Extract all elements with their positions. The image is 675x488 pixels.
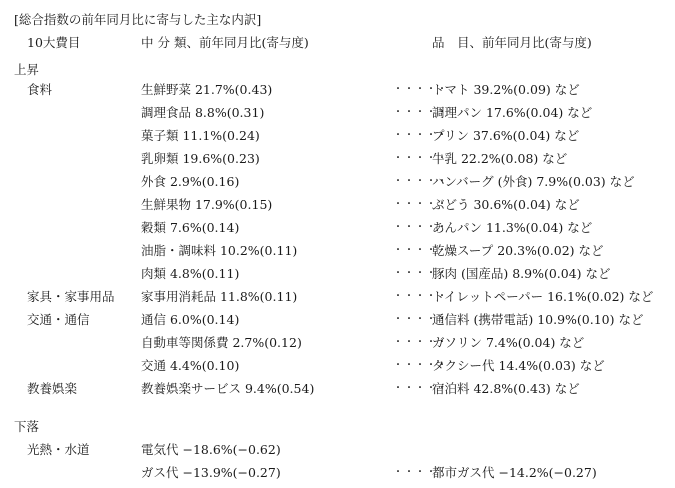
- middle-cell: 通信 6.0%(0.14): [141, 312, 239, 328]
- middle-cell: ガス代 −13.9%(−0.27): [141, 465, 281, 481]
- item-cell: 調理パン 17.6%(0.04) など: [432, 105, 592, 121]
- item-cell: トイレットペーパー 16.1%(0.02) など: [432, 289, 653, 305]
- middle-cell: 教養娯楽サービス 9.4%(0.54): [141, 381, 314, 397]
- middle-cell: 電気代 −18.6%(−0.62): [141, 442, 281, 458]
- middle-cell: 乳卵類 19.6%(0.23): [141, 151, 260, 167]
- header-item: 品 目、前年同月比(寄与度): [432, 35, 592, 51]
- middle-cell: 生鮮果物 17.9%(0.15): [141, 197, 272, 213]
- category-cell: 教養娯楽: [27, 381, 77, 397]
- category-cell: 食料: [27, 82, 52, 98]
- item-cell: ぶどう 30.6%(0.04) など: [432, 197, 580, 213]
- item-cell: ガソリン 7.4%(0.04) など: [432, 335, 584, 351]
- middle-cell: 自動車等関係費 2.7%(0.12): [141, 335, 302, 351]
- middle-cell: 生鮮野菜 21.7%(0.43): [141, 82, 272, 98]
- category-cell: 家具・家事用品: [27, 289, 115, 305]
- header-middle-class: 中 分 類、前年同月比(寄与度): [141, 35, 309, 51]
- item-cell: 豚肉 (国産品) 8.9%(0.04) など: [432, 266, 611, 282]
- middle-cell: 穀類 7.6%(0.14): [141, 220, 239, 236]
- item-cell: あんパン 11.3%(0.04) など: [432, 220, 592, 236]
- middle-cell: 菓子類 11.1%(0.24): [141, 128, 260, 144]
- item-cell: トマト 39.2%(0.09) など: [432, 82, 580, 98]
- header-category: 10大費目: [27, 35, 80, 51]
- middle-cell: 油脂・調味料 10.2%(0.11): [141, 243, 297, 259]
- document-title: [総合指数の前年同月比に寄与した主な内訳]: [14, 12, 261, 28]
- middle-cell: 外食 2.9%(0.16): [141, 174, 239, 190]
- item-cell: プリン 37.6%(0.04) など: [432, 128, 579, 144]
- middle-cell: 家事用消耗品 11.8%(0.11): [141, 289, 297, 305]
- middle-cell: 肉類 4.8%(0.11): [141, 266, 239, 282]
- middle-cell: 調理食品 8.8%(0.31): [141, 105, 264, 121]
- category-cell: 光熱・水道: [27, 442, 90, 458]
- item-cell: タクシー代 14.4%(0.03) など: [432, 358, 605, 374]
- item-cell: 都市ガス代 −14.2%(−0.27): [432, 465, 597, 481]
- item-cell: 乾燥スープ 20.3%(0.02) など: [432, 243, 604, 259]
- middle-cell: 交通 4.4%(0.10): [141, 358, 239, 374]
- item-cell: 牛乳 22.2%(0.08) など: [432, 151, 567, 167]
- item-cell: 宿泊料 42.8%(0.43) など: [432, 381, 580, 397]
- category-cell: 交通・通信: [27, 312, 90, 328]
- item-cell: 通信料 (携帯電話) 10.9%(0.10) など: [432, 312, 643, 328]
- section-label-rise: 上昇: [14, 62, 39, 78]
- section-label-fall: 下落: [14, 419, 39, 435]
- item-cell: ハンバーグ (外食) 7.9%(0.03) など: [432, 174, 635, 190]
